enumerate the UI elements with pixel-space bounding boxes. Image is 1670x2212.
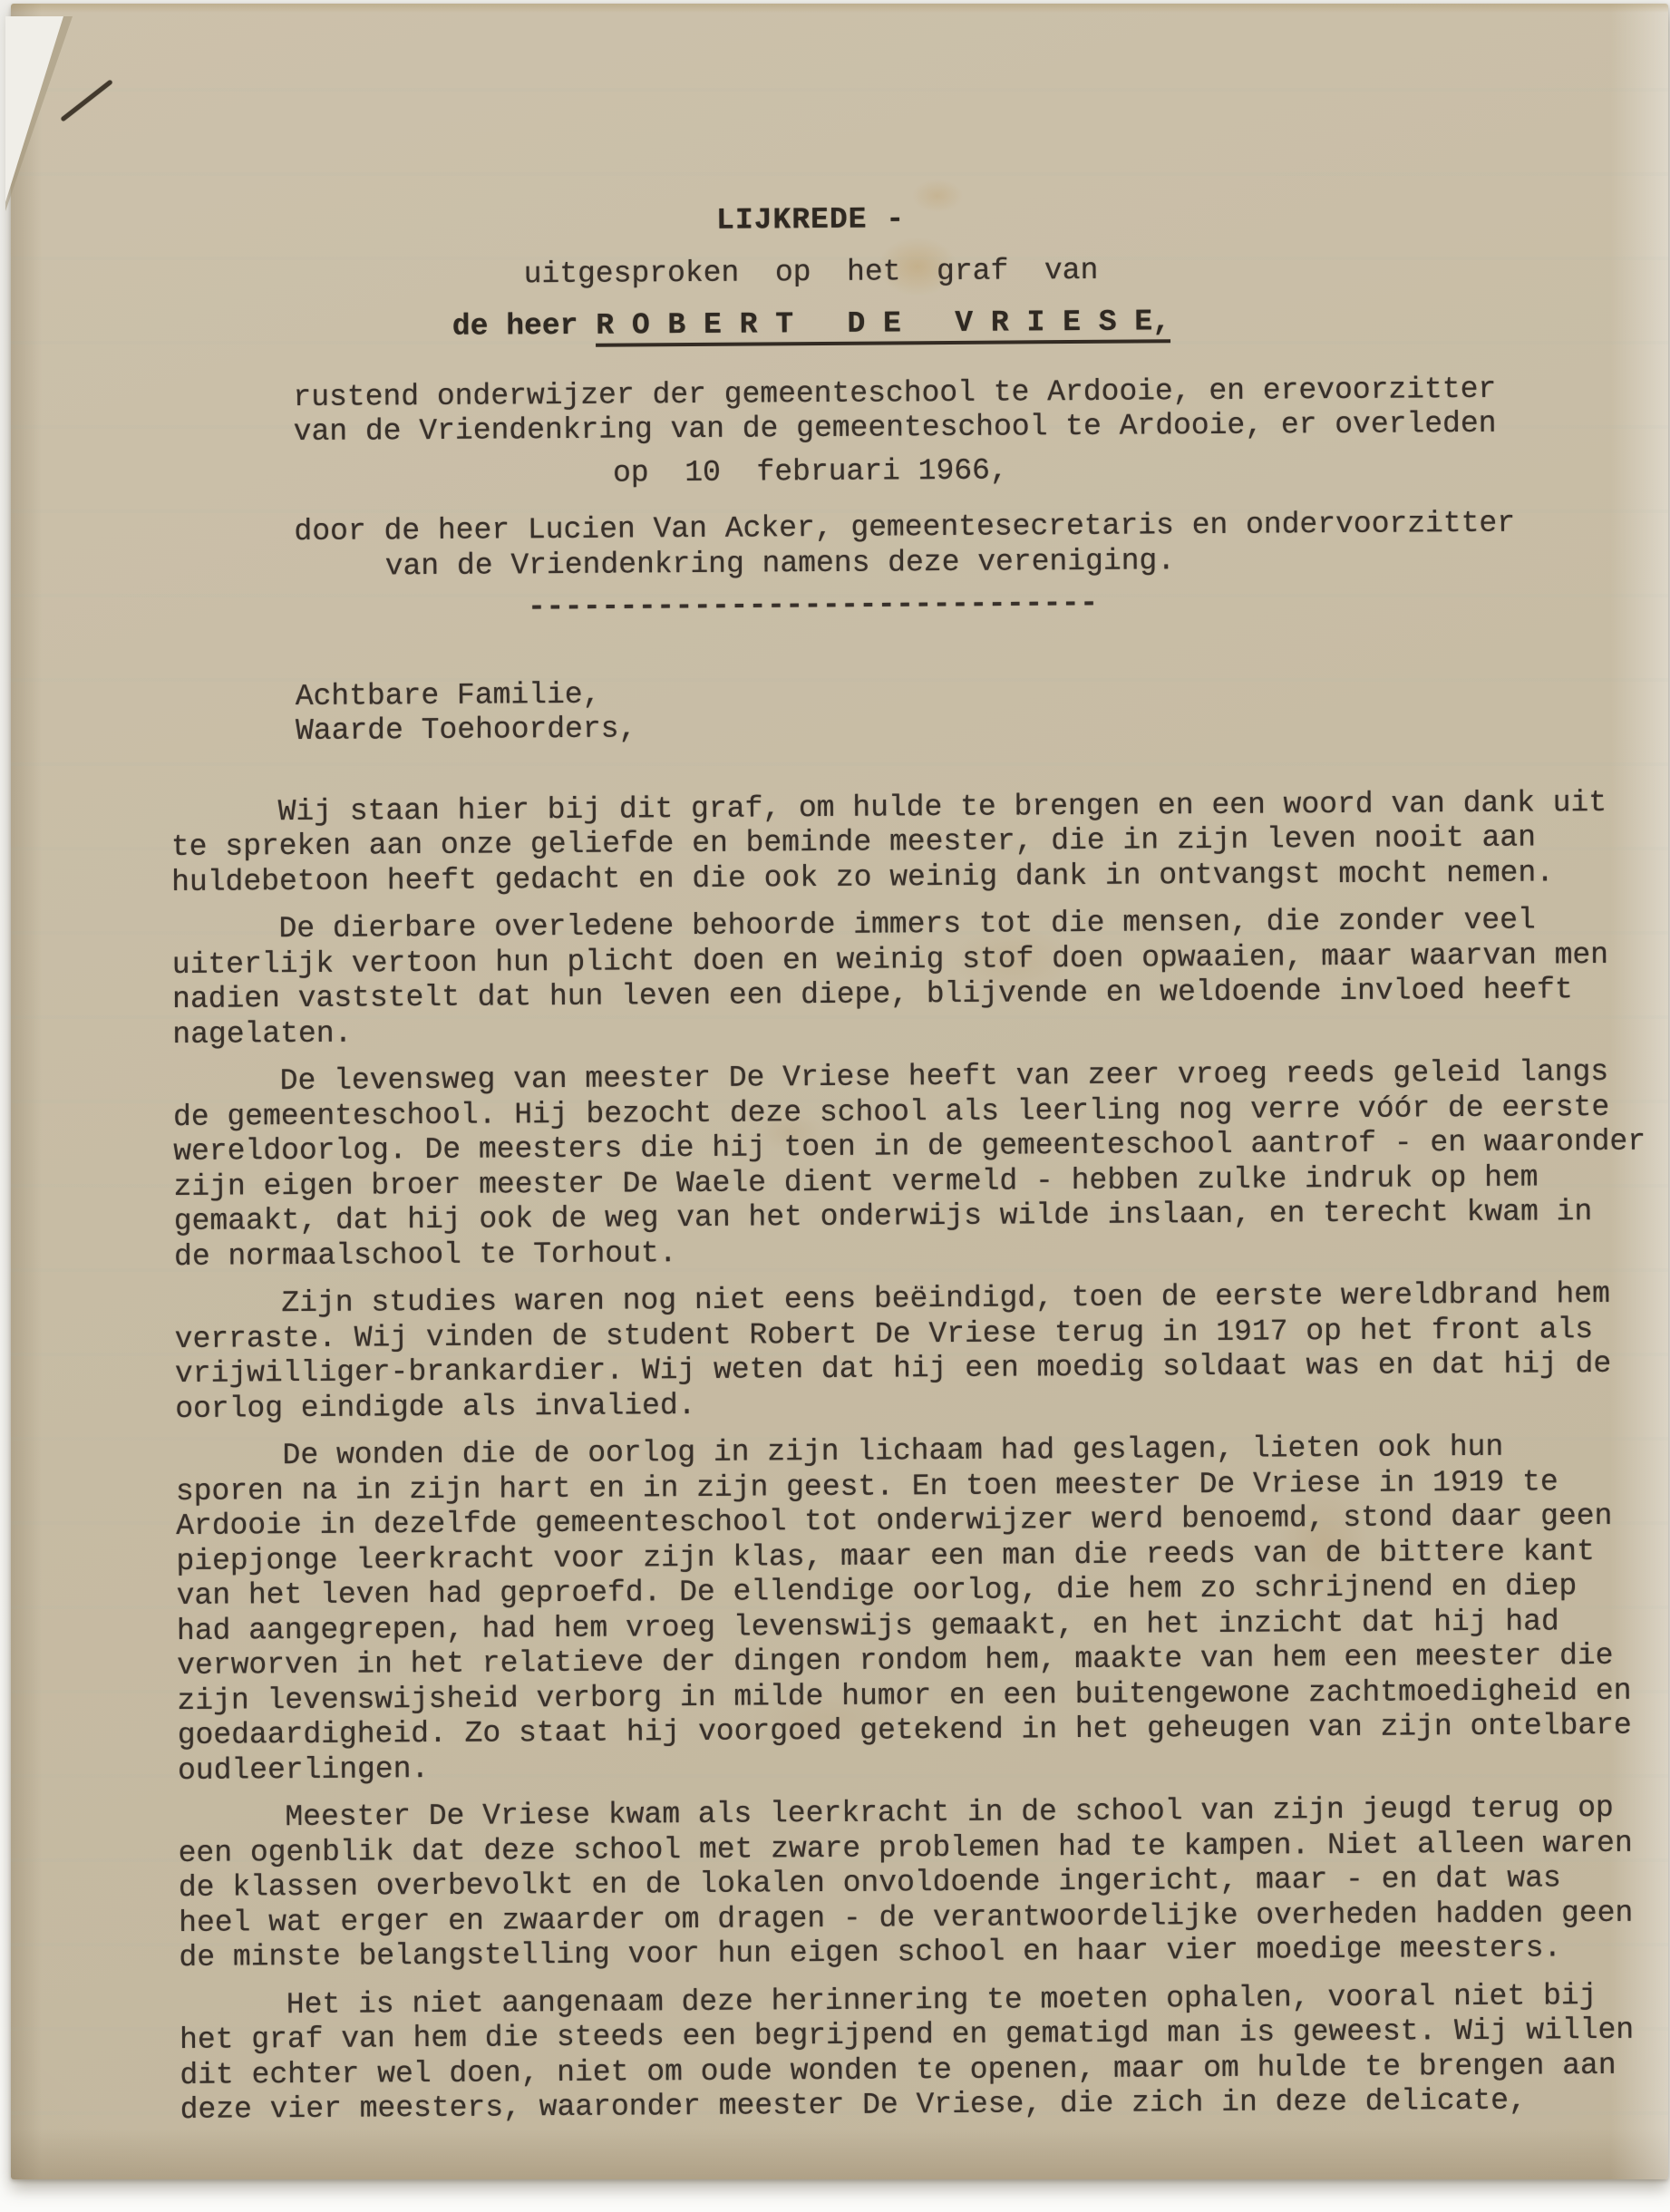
document-title: LIJKREDE - — [167, 199, 1454, 242]
name-prefix: de heer — [452, 309, 597, 344]
role-description: rustend onderwijzer der gemeenteschool t… — [293, 371, 1661, 451]
paper-sheet: LIJKREDE - uitgesproken op het graf van … — [11, 4, 1668, 2179]
pencil-mark — [60, 79, 112, 121]
paragraph-1: Wij staan hier bij dit graf, om hulde te… — [171, 785, 1665, 900]
paragraph-2: De dierbare overledene behoorde immers t… — [171, 902, 1665, 1052]
paragraph-7: Het is niet aangenaam deze herinnering t… — [180, 1978, 1670, 2128]
divider-dashes: ------------------------------- — [528, 582, 1662, 625]
paragraph-6: Meester De Vriese kwam als leerkracht in… — [178, 1790, 1670, 1975]
document-header: LIJKREDE - uitgesproken op het graf van … — [167, 199, 1455, 346]
deceased-name: R O B E R T D E V R I E S E, — [596, 308, 1170, 346]
paragraph-4: Zijn studies waren nog niet eens beëindi… — [174, 1276, 1667, 1426]
document-subtitle: uitgesproken op het graf van — [167, 251, 1454, 295]
deceased-name-line: de heer R O B E R T D E V R I E S E, — [168, 303, 1455, 346]
death-date-line: op 10 februari 1966, — [613, 449, 1661, 491]
salutation: Achtbare Familie,Waarde Toehoorders, — [296, 670, 1664, 750]
paragraph-5: De wonden die de oorlog in zijn lichaam … — [175, 1429, 1670, 1788]
scanned-page: LIJKREDE - uitgesproken op het graf van … — [0, 0, 1670, 2212]
typewritten-content: LIJKREDE - uitgesproken op het graf van … — [167, 198, 1670, 2129]
speaker-description: door de heer Lucien Van Acker, gemeentes… — [294, 506, 1662, 586]
paragraph-3: De levensweg van meester De Vriese heeft… — [173, 1054, 1667, 1274]
